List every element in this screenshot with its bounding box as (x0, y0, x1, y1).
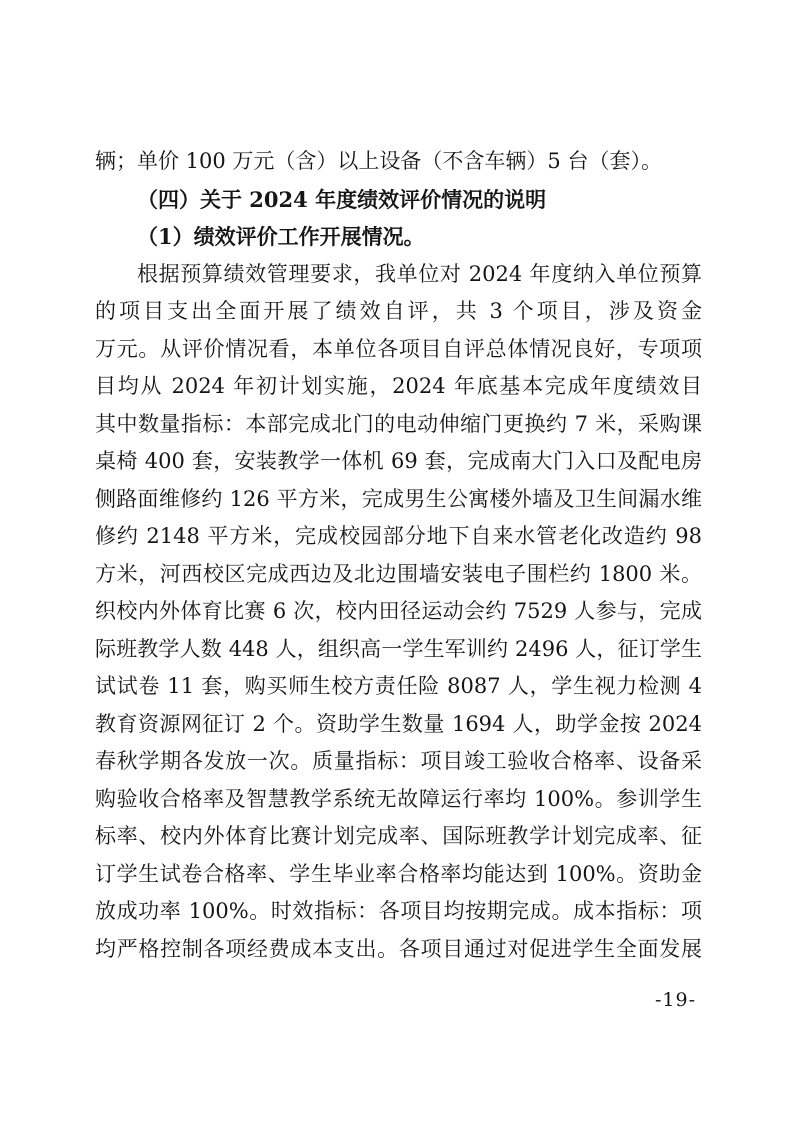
text-line: 购验收合格率及智慧教学系统无故障运行率均 100%。参训学生达 (95, 781, 702, 819)
text-line: 根据预算绩效管理要求，我单位对 2024 年度纳入单位预算 (95, 256, 702, 294)
heading-line: （1）绩效评价工作开展情况。 (95, 218, 702, 256)
text-line: 其中数量指标：本部完成北门的电动伸缩门更换约 7 米，采购课 (95, 406, 702, 444)
text-line: 万元。从评价情况看，本单位各项目自评总体情况良好，专项项 (95, 331, 702, 369)
page-number: -19- (655, 988, 696, 1012)
text-line: 试试卷 11 套，购买师生校方责任险 8087 人，学生视力检测 4 次， (95, 668, 702, 706)
heading-line: （四）关于 2024 年度绩效评价情况的说明 (95, 181, 702, 219)
text-line: 辆；单价 100 万元（含）以上设备（不含车辆）5 台（套）。 (95, 143, 702, 181)
text-line: 际班教学人数 448 人，组织高一学生军训约 2496 人，征订学生考 (95, 631, 702, 669)
text-line: 春秋学期各发放一次。质量指标：项目竣工验收合格率、设备采 (95, 743, 702, 781)
text-line: 放成功率 100%。时效指标：各项目均按期完成。成本指标：项目 (95, 893, 702, 931)
text-line: 方米，河西校区完成西边及北边围墙安装电子围栏约 1800 米。组 (95, 556, 702, 594)
text-line: 订学生试卷合格率、学生毕业率合格率均能达到 100%。资助金发 (95, 856, 702, 894)
text-line: 的项目支出全面开展了绩效自评，共 3 个项目，涉及资金 746.77 (95, 293, 702, 331)
text-line: 织校内外体育比赛 6 次，校内田径运动会约 7529 人参与，完成国 (95, 593, 702, 631)
text-line: 标率、校内外体育比赛计划完成率、国际班教学计划完成率、征 (95, 818, 702, 856)
document-body: 辆；单价 100 万元（含）以上设备（不含车辆）5 台（套）。（四）关于 202… (95, 143, 702, 968)
text-line: 目均从 2024 年初计划实施，2024 年底基本完成年度绩效目标。 (95, 368, 702, 406)
text-line: 教育资源网征订 2 个。资助学生数量 1694 人，助学金按 2024 年 (95, 706, 702, 744)
text-line: 均严格控制各项经费成本支出。各项目通过对促进学生全面发展 (95, 931, 702, 969)
text-line: 侧路面维修约 126 平方米，完成男生公寓楼外墙及卫生间漏水维 (95, 481, 702, 519)
text-line: 修约 2148 平方米，完成校园部分地下自来水管老化改造约 98 平 (95, 518, 702, 556)
text-line: 桌椅 400 套，安装教学一体机 69 套，完成南大门入口及配电房东 (95, 443, 702, 481)
document-page: 辆；单价 100 万元（含）以上设备（不含车辆）5 台（套）。（四）关于 202… (0, 0, 793, 1122)
